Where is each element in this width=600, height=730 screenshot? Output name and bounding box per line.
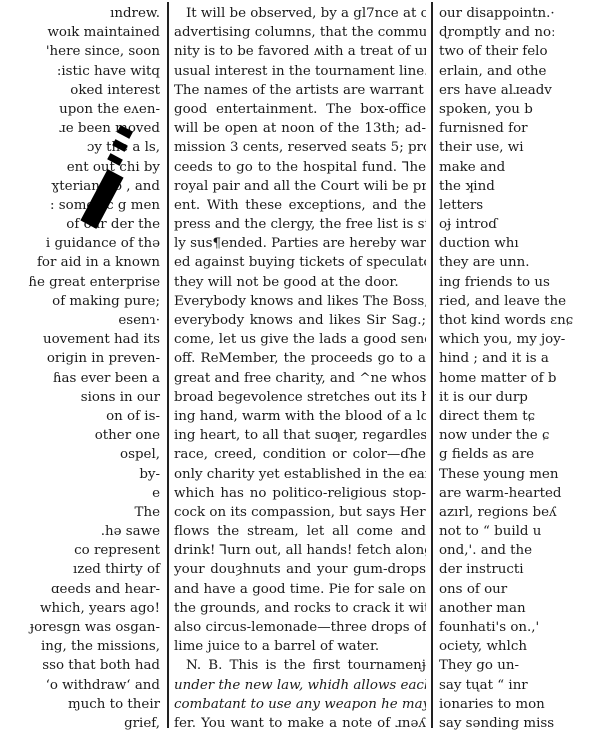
middle-column-line: cock on its compassion, but says Here bbox=[174, 503, 426, 522]
column-divider-right bbox=[431, 2, 433, 728]
left-column-line: The bbox=[0, 503, 162, 522]
right-column-line: ons of our bbox=[437, 580, 600, 599]
left-column-line: origin in preven- bbox=[0, 349, 162, 368]
right-column-line: They go un- bbox=[437, 656, 600, 675]
left-column-line: which, years ago! bbox=[0, 599, 162, 618]
left-column-line: e bbox=[0, 484, 162, 503]
right-column-line: ers have alɹeadv bbox=[437, 81, 600, 100]
middle-column-line: only charity yet established in the eart… bbox=[174, 465, 426, 484]
middle-column-line: your douȝhnuts and your gum-drops bbox=[174, 560, 426, 579]
right-column-line: the ʞind bbox=[437, 177, 600, 196]
right-column-line: hind ; and it is a bbox=[437, 349, 600, 368]
right-column-line: letters bbox=[437, 196, 600, 215]
right-column-line: ɖromptly and noː bbox=[437, 23, 600, 42]
left-column-line: ızed thirty of bbox=[0, 560, 162, 579]
left-column-line: ındrew. bbox=[0, 4, 162, 23]
right-column-line: ionaries to mon bbox=[437, 695, 600, 714]
right-column-line: oɉ introɗ bbox=[437, 215, 600, 234]
right-column-line: two of their felo bbox=[437, 42, 600, 61]
right-column-line: azırl, regions beʎ bbox=[437, 503, 600, 522]
left-column: ındrew.woık maintained'here since, soon:… bbox=[0, 4, 162, 730]
left-column-line: for aid in a known bbox=[0, 253, 162, 272]
left-column-line: sions in our bbox=[0, 388, 162, 407]
right-column-line: ried, and leave the bbox=[437, 292, 600, 311]
left-column-line: of making pure; bbox=[0, 292, 162, 311]
left-column-line: ʻo withdraw‘ and bbox=[0, 676, 162, 695]
middle-column-line: which has no politico-religious stop- bbox=[174, 484, 426, 503]
middle-column-line: everybody knows and likes Sir Sag.; bbox=[174, 311, 426, 330]
middle-column-line: good entertainment. The box-office bbox=[174, 100, 426, 119]
middle-column-line: combatant to use any weapon he may pre- bbox=[174, 695, 426, 714]
right-column-line: another man bbox=[437, 599, 600, 618]
middle-column-line: ly sus¶ended. Parties are hereby warn- bbox=[174, 234, 426, 253]
left-column-line: oked interest bbox=[0, 81, 162, 100]
left-column-line: ent out chi by bbox=[0, 158, 162, 177]
right-column-line: direct them tɕ bbox=[437, 407, 600, 426]
left-column-line: grief, bbox=[0, 714, 162, 730]
middle-column-line: It will be observed, by a gl7nce at our bbox=[174, 4, 426, 23]
right-column-line: ociety, whlch bbox=[437, 637, 600, 656]
right-column-line: not to “ build u bbox=[437, 522, 600, 541]
middle-column-line: ed against buying tickets of speculators… bbox=[174, 253, 426, 272]
right-column-line: are warm-hearted bbox=[437, 484, 600, 503]
right-column-line: These young men bbox=[437, 465, 600, 484]
right-column-line: which you, my joy- bbox=[437, 330, 600, 349]
left-column-line: ɑeeds and hear- bbox=[0, 580, 162, 599]
middle-column-line: Everybody knows and likes The Boss, bbox=[174, 292, 426, 311]
left-column-line: ɱuch to their bbox=[0, 695, 162, 714]
right-column-line: thot kind words ɛnɕ bbox=[437, 311, 600, 330]
left-column-line: ɟoresgn was osgan- bbox=[0, 618, 162, 637]
right-column-line: ing friends to us bbox=[437, 273, 600, 292]
middle-column-line: drink! ⅂urn out, all hands! fetch along bbox=[174, 541, 426, 560]
right-column-line: say sənding miss bbox=[437, 714, 600, 730]
middle-column-line: royal pair and all the Court wili be pre… bbox=[174, 177, 426, 196]
scanned-newspaper-page: ındrew.woık maintained'here since, soon:… bbox=[0, 0, 600, 730]
middle-column-line: N. B. This is the first tournamenɉ bbox=[174, 656, 426, 675]
middle-column-line: broad begevolence stretches out its help… bbox=[174, 388, 426, 407]
left-column-line: ing, the missions, bbox=[0, 637, 162, 656]
left-column-line: ɣterian Bo , and bbox=[0, 177, 162, 196]
left-column-line: i guidance of thə bbox=[0, 234, 162, 253]
left-column-line: :istic have witq bbox=[0, 62, 162, 81]
left-column-line: : some yc g men bbox=[0, 196, 162, 215]
middle-column-line: also circus-lemonade—three drops of bbox=[174, 618, 426, 637]
left-column-line: ɦas ever been a bbox=[0, 369, 162, 388]
right-column-line: g fields as are bbox=[437, 445, 600, 464]
right-column-line: their use, wi bbox=[437, 138, 600, 157]
middle-column-line: mission 3 cents, reserved seats 5; pro- bbox=[174, 138, 426, 157]
middle-column-line: usual interest in the tournament line. bbox=[174, 62, 426, 81]
middle-column-line: and have a good time. Pie for sale on bbox=[174, 580, 426, 599]
right-column-line: now under the ɕ bbox=[437, 426, 600, 445]
left-column-line: ospel, bbox=[0, 445, 162, 464]
right-column-line: duction whı bbox=[437, 234, 600, 253]
middle-column-line: nity is to be favored ʍith a treat of un… bbox=[174, 42, 426, 61]
left-column-line: uovement had its bbox=[0, 330, 162, 349]
right-column-line: der instructi bbox=[437, 560, 600, 579]
left-column-line: on of is- bbox=[0, 407, 162, 426]
middle-column-line: will be open at noon of the 13th; ad- bbox=[174, 119, 426, 138]
right-column-line: say tųat “ inr bbox=[437, 676, 600, 695]
right-column-line: they are unn. bbox=[437, 253, 600, 272]
middle-column-line: race, creed, condition or color—ɗhe bbox=[174, 445, 426, 464]
column-divider-left bbox=[167, 2, 169, 728]
right-column-line: it is our durp bbox=[437, 388, 600, 407]
middle-column-line: The names of the artists are warrant of bbox=[174, 81, 426, 100]
right-column-line: ond,'. and the bbox=[437, 541, 600, 560]
left-column-line: upon the eʌen- bbox=[0, 100, 162, 119]
left-column-line: woık maintained bbox=[0, 23, 162, 42]
middle-column-line: under the new law, whidh allows each bbox=[174, 676, 426, 695]
right-column-line: make and bbox=[437, 158, 600, 177]
left-column-line: .hə sawe bbox=[0, 522, 162, 541]
middle-column-line: ceeds to go to the hospital fund. ⅂he bbox=[174, 158, 426, 177]
middle-column-line: flows the stream, let all come and bbox=[174, 522, 426, 541]
middle-column-line: ing hand, warm with the blood of a lov- bbox=[174, 407, 426, 426]
right-column-line: our disappointn.· bbox=[437, 4, 600, 23]
right-column: our disappointn.·ɖromptly and noːtwo of … bbox=[437, 4, 600, 730]
middle-column-line: press and the clergy, the free list is s… bbox=[174, 215, 426, 234]
middle-column-line: ent. With these exceptions, and the bbox=[174, 196, 426, 215]
middle-column-line: fer. You want to make a note of ɹnəʎ bbox=[174, 714, 426, 730]
right-column-line: founhati's on.,' bbox=[437, 618, 600, 637]
middle-column-line: off. ReMember, the proceeds go to a bbox=[174, 349, 426, 368]
left-column-line: ɦe great enterprise bbox=[0, 273, 162, 292]
middle-column-line: advertising columns, that the commu- bbox=[174, 23, 426, 42]
left-column-line: co represent bbox=[0, 541, 162, 560]
right-column-line: home matter of b bbox=[437, 369, 600, 388]
left-column-line: ɔy the a ls, bbox=[0, 138, 162, 157]
left-column-line: 'here since, soon bbox=[0, 42, 162, 61]
left-column-line: by- bbox=[0, 465, 162, 484]
left-column-line: sso that both had bbox=[0, 656, 162, 675]
middle-column-line: they will not be good at the door. bbox=[174, 273, 426, 292]
middle-column-line: lime juice to a barrel of water. bbox=[174, 637, 426, 656]
middle-column-line: come, let us give the lads a good send- bbox=[174, 330, 426, 349]
middle-column-line: great and free charity, and ^ne whose bbox=[174, 369, 426, 388]
right-column-line: erlain, and othe bbox=[437, 62, 600, 81]
left-column-line: other one bbox=[0, 426, 162, 445]
left-column-line: ɹe been moved bbox=[0, 119, 162, 138]
right-column-line: furnisned for bbox=[437, 119, 600, 138]
middle-column-line: ing heart, to all that suƣer, regardless… bbox=[174, 426, 426, 445]
middle-column-line: the grounds, and rocks to crack it with; bbox=[174, 599, 426, 618]
left-column-line: esenɿ· bbox=[0, 311, 162, 330]
right-column-line: spoken, you b bbox=[437, 100, 600, 119]
middle-column: It will be observed, by a gl7nce at oura… bbox=[174, 4, 426, 730]
